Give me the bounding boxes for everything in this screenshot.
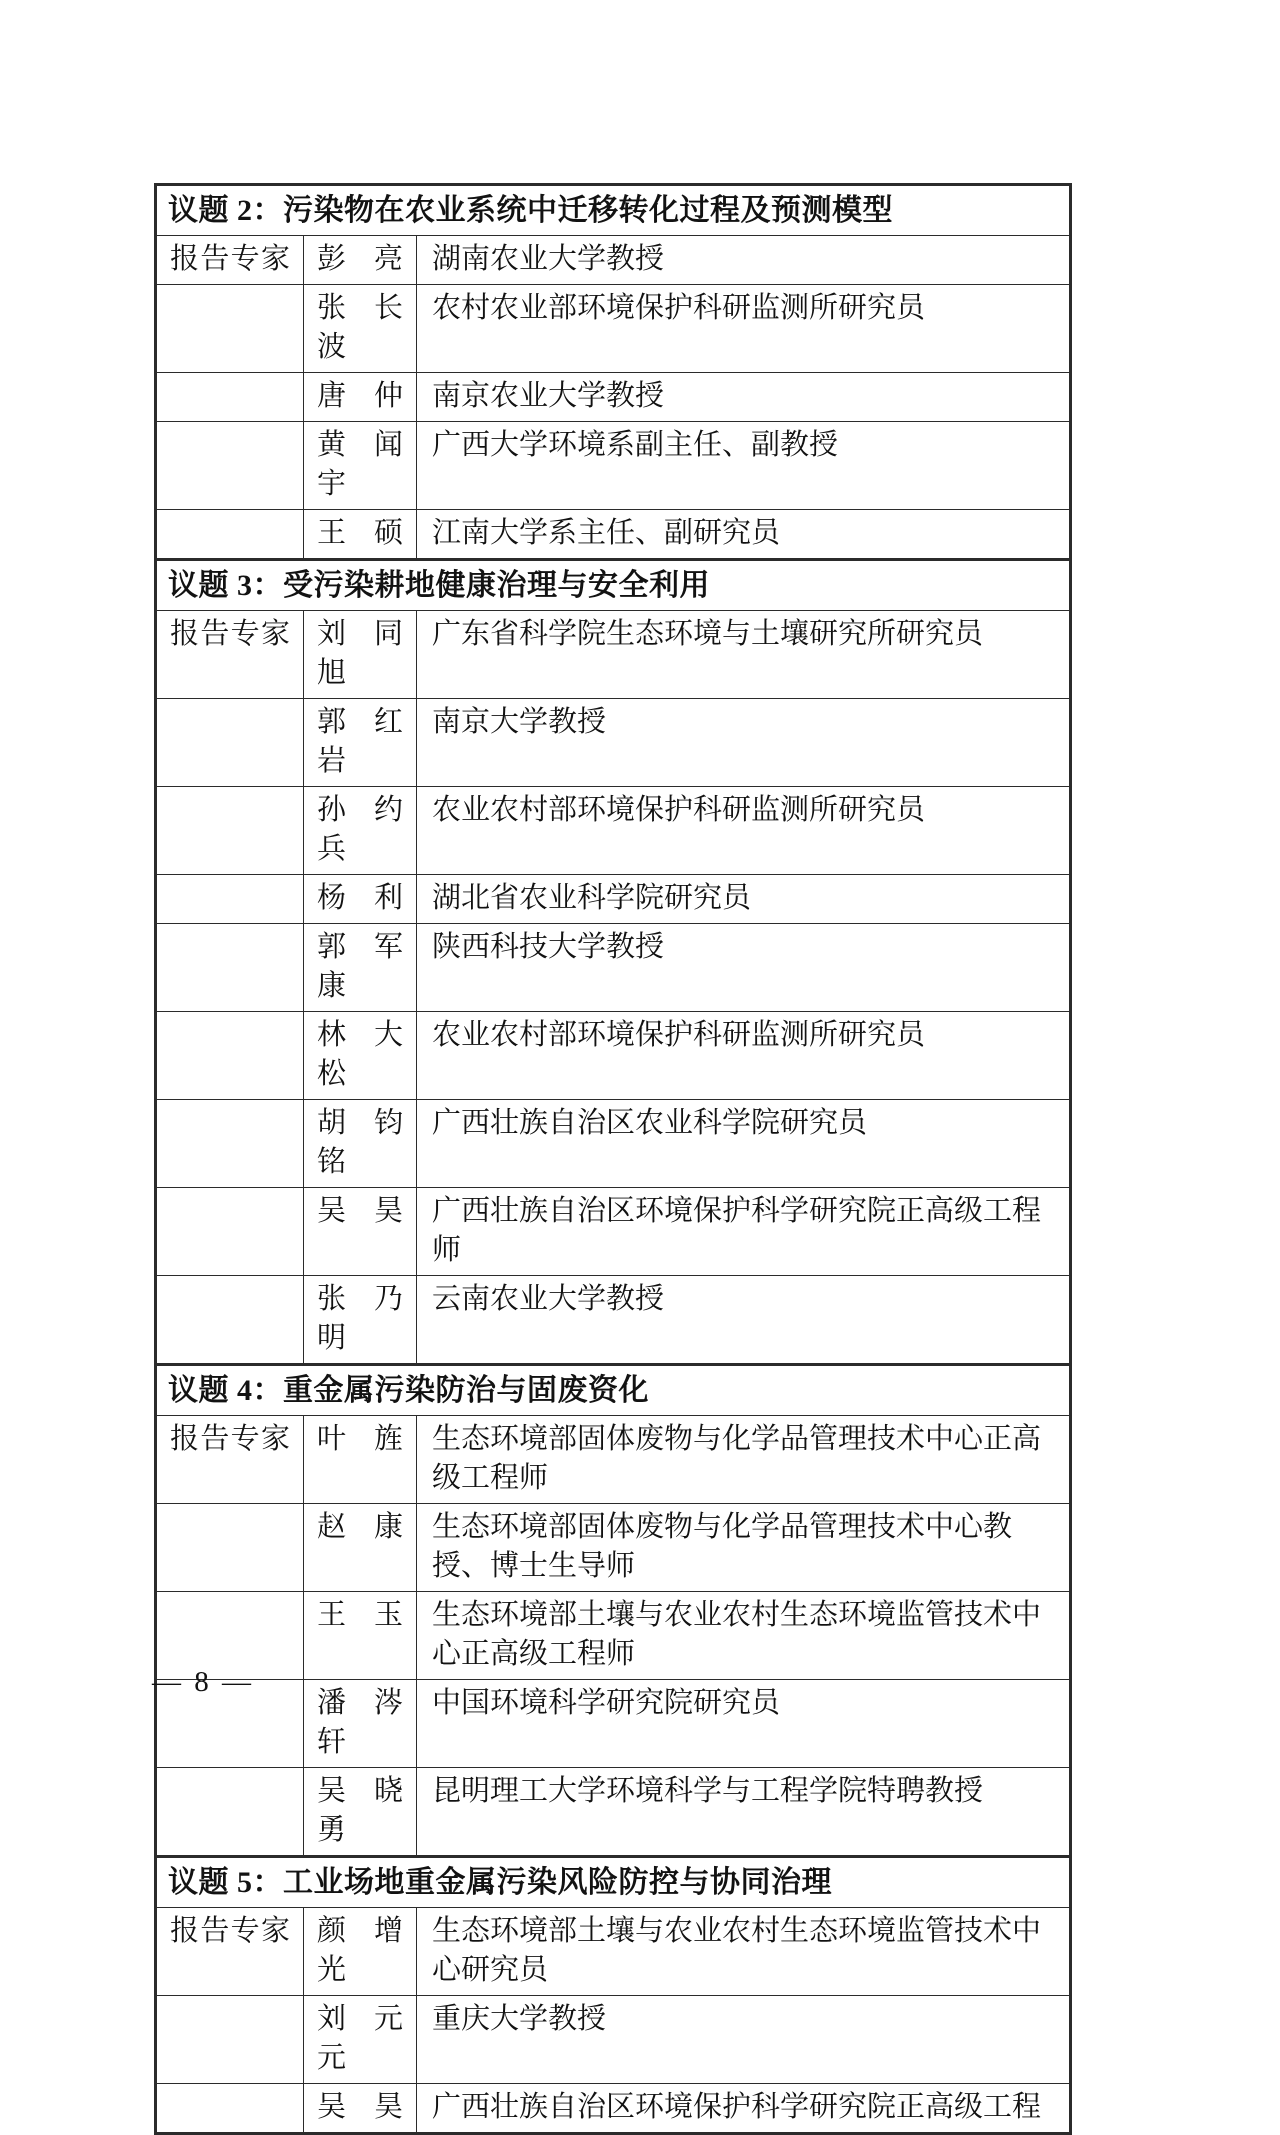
expert-row: 王玉生态环境部土壤与农业农村生态环境监管技术中心正高级工程师: [156, 1592, 1071, 1680]
reporter-label-cell: [156, 1996, 304, 2084]
reporter-label-cell: 报告专家: [156, 611, 304, 699]
expert-name-cell: 胡钧铭: [304, 1100, 417, 1188]
document-page: 议题 2：污染物在农业系统中迁移转化过程及预测模型报告专家彭亮湖南农业大学教授张…: [0, 0, 1280, 1810]
reporter-label-cell: [156, 2084, 304, 2134]
expert-name-cell: 郭红岩: [304, 699, 417, 787]
expert-name-cell: 王硕: [304, 510, 417, 560]
expert-name-cell: 刘同旭: [304, 611, 417, 699]
expert-affiliation-cell: 广东省科学院生态环境与土壤研究所研究员: [417, 611, 1071, 699]
section-title-row: 议题 3：受污染耕地健康治理与安全利用: [156, 560, 1071, 611]
expert-affiliation-cell: 生态环境部土壤与农业农村生态环境监管技术中心正高级工程师: [417, 1592, 1071, 1680]
expert-row: 孙约兵农业农村部环境保护科研监测所研究员: [156, 787, 1071, 875]
experts-table: 议题 2：污染物在农业系统中迁移转化过程及预测模型报告专家彭亮湖南农业大学教授张…: [154, 183, 1072, 2135]
section-title: 议题 4：重金属污染防治与固废资化: [156, 1365, 1071, 1416]
expert-affiliation-cell: 湖北省农业科学院研究员: [417, 875, 1071, 924]
expert-affiliation-cell: 农业农村部环境保护科研监测所研究员: [417, 1012, 1071, 1100]
expert-name-cell: 张长波: [304, 285, 417, 373]
reporter-label-cell: 报告专家: [156, 1908, 304, 1996]
expert-name-cell: 王玉: [304, 1592, 417, 1680]
reporter-label-cell: [156, 1100, 304, 1188]
experts-table-body: 议题 2：污染物在农业系统中迁移转化过程及预测模型报告专家彭亮湖南农业大学教授张…: [156, 185, 1071, 2134]
expert-name-cell: 黄闻宇: [304, 422, 417, 510]
expert-affiliation-cell: 中国环境科学研究院研究员: [417, 1680, 1071, 1768]
section-title: 议题 2：污染物在农业系统中迁移转化过程及预测模型: [156, 185, 1071, 236]
expert-row: 张乃明云南农业大学教授: [156, 1276, 1071, 1365]
expert-affiliation-cell: 生态环境部土壤与农业农村生态环境监管技术中心研究员: [417, 1908, 1071, 1996]
expert-row: 杨利湖北省农业科学院研究员: [156, 875, 1071, 924]
expert-name-cell: 潘涔轩: [304, 1680, 417, 1768]
expert-row: 报告专家叶旌生态环境部固体废物与化学品管理技术中心正高级工程师: [156, 1416, 1071, 1504]
expert-name-cell: 吴昊: [304, 1188, 417, 1276]
expert-name-cell: 彭亮: [304, 236, 417, 285]
expert-affiliation-cell: 广西壮族自治区环境保护科学研究院正高级工程师: [417, 1188, 1071, 1276]
expert-row: 赵康生态环境部固体废物与化学品管理技术中心教授、博士生导师: [156, 1504, 1071, 1592]
expert-affiliation-cell: 重庆大学教授: [417, 1996, 1071, 2084]
expert-affiliation-cell: 南京农业大学教授: [417, 373, 1071, 422]
expert-affiliation-cell: 广西壮族自治区环境保护科学研究院正高级工程: [417, 2084, 1071, 2134]
section-title-row: 议题 2：污染物在农业系统中迁移转化过程及预测模型: [156, 185, 1071, 236]
expert-affiliation-cell: 南京大学教授: [417, 699, 1071, 787]
section-title: 议题 3：受污染耕地健康治理与安全利用: [156, 560, 1071, 611]
expert-row: 潘涔轩中国环境科学研究院研究员: [156, 1680, 1071, 1768]
expert-name-cell: 林大松: [304, 1012, 417, 1100]
expert-name-cell: 叶旌: [304, 1416, 417, 1504]
expert-row: 胡钧铭广西壮族自治区农业科学院研究员: [156, 1100, 1071, 1188]
reporter-label-cell: [156, 373, 304, 422]
expert-affiliation-cell: 广西大学环境系副主任、副教授: [417, 422, 1071, 510]
expert-affiliation-cell: 广西壮族自治区农业科学院研究员: [417, 1100, 1071, 1188]
reporter-label-cell: 报告专家: [156, 1416, 304, 1504]
reporter-label-cell: [156, 699, 304, 787]
reporter-label-cell: [156, 875, 304, 924]
expert-row: 张长波农村农业部环境保护科研监测所研究员: [156, 285, 1071, 373]
page-number: — 8 —: [152, 1666, 254, 1699]
reporter-label-cell: [156, 285, 304, 373]
expert-affiliation-cell: 生态环境部固体废物与化学品管理技术中心教授、博士生导师: [417, 1504, 1071, 1592]
expert-affiliation-cell: 云南农业大学教授: [417, 1276, 1071, 1365]
reporter-label-cell: [156, 510, 304, 560]
expert-row: 唐仲南京农业大学教授: [156, 373, 1071, 422]
expert-row: 吴昊广西壮族自治区环境保护科学研究院正高级工程师: [156, 1188, 1071, 1276]
expert-affiliation-cell: 农村农业部环境保护科研监测所研究员: [417, 285, 1071, 373]
expert-row: 郭红岩南京大学教授: [156, 699, 1071, 787]
reporter-label-cell: [156, 422, 304, 510]
reporter-label-cell: [156, 1012, 304, 1100]
expert-name-cell: 孙约兵: [304, 787, 417, 875]
expert-row: 王硕江南大学系主任、副研究员: [156, 510, 1071, 560]
expert-name-cell: 刘元元: [304, 1996, 417, 2084]
expert-name-cell: 杨利: [304, 875, 417, 924]
reporter-label-cell: [156, 1768, 304, 1857]
reporter-label-cell: [156, 1276, 304, 1365]
expert-affiliation-cell: 生态环境部固体废物与化学品管理技术中心正高级工程师: [417, 1416, 1071, 1504]
section-title-row: 议题 4：重金属污染防治与固废资化: [156, 1365, 1071, 1416]
section-title: 议题 5：工业场地重金属污染风险防控与协同治理: [156, 1857, 1071, 1908]
expert-affiliation-cell: 陕西科技大学教授: [417, 924, 1071, 1012]
expert-row: 刘元元重庆大学教授: [156, 1996, 1071, 2084]
expert-name-cell: 张乃明: [304, 1276, 417, 1365]
expert-name-cell: 吴昊: [304, 2084, 417, 2134]
reporter-label-cell: [156, 924, 304, 1012]
expert-name-cell: 吴晓勇: [304, 1768, 417, 1857]
expert-row: 林大松农业农村部环境保护科研监测所研究员: [156, 1012, 1071, 1100]
expert-row: 吴昊广西壮族自治区环境保护科学研究院正高级工程: [156, 2084, 1071, 2134]
expert-name-cell: 颜增光: [304, 1908, 417, 1996]
expert-row: 报告专家颜增光生态环境部土壤与农业农村生态环境监管技术中心研究员: [156, 1908, 1071, 1996]
expert-row: 报告专家刘同旭广东省科学院生态环境与土壤研究所研究员: [156, 611, 1071, 699]
reporter-label-cell: 报告专家: [156, 236, 304, 285]
expert-row: 郭军康陕西科技大学教授: [156, 924, 1071, 1012]
expert-name-cell: 郭军康: [304, 924, 417, 1012]
reporter-label-cell: [156, 787, 304, 875]
expert-row: 报告专家彭亮湖南农业大学教授: [156, 236, 1071, 285]
section-title-row: 议题 5：工业场地重金属污染风险防控与协同治理: [156, 1857, 1071, 1908]
expert-row: 吴晓勇昆明理工大学环境科学与工程学院特聘教授: [156, 1768, 1071, 1857]
expert-affiliation-cell: 农业农村部环境保护科研监测所研究员: [417, 787, 1071, 875]
expert-affiliation-cell: 湖南农业大学教授: [417, 236, 1071, 285]
expert-name-cell: 唐仲: [304, 373, 417, 422]
expert-affiliation-cell: 江南大学系主任、副研究员: [417, 510, 1071, 560]
expert-name-cell: 赵康: [304, 1504, 417, 1592]
expert-affiliation-cell: 昆明理工大学环境科学与工程学院特聘教授: [417, 1768, 1071, 1857]
expert-row: 黄闻宇广西大学环境系副主任、副教授: [156, 422, 1071, 510]
reporter-label-cell: [156, 1504, 304, 1592]
reporter-label-cell: [156, 1188, 304, 1276]
